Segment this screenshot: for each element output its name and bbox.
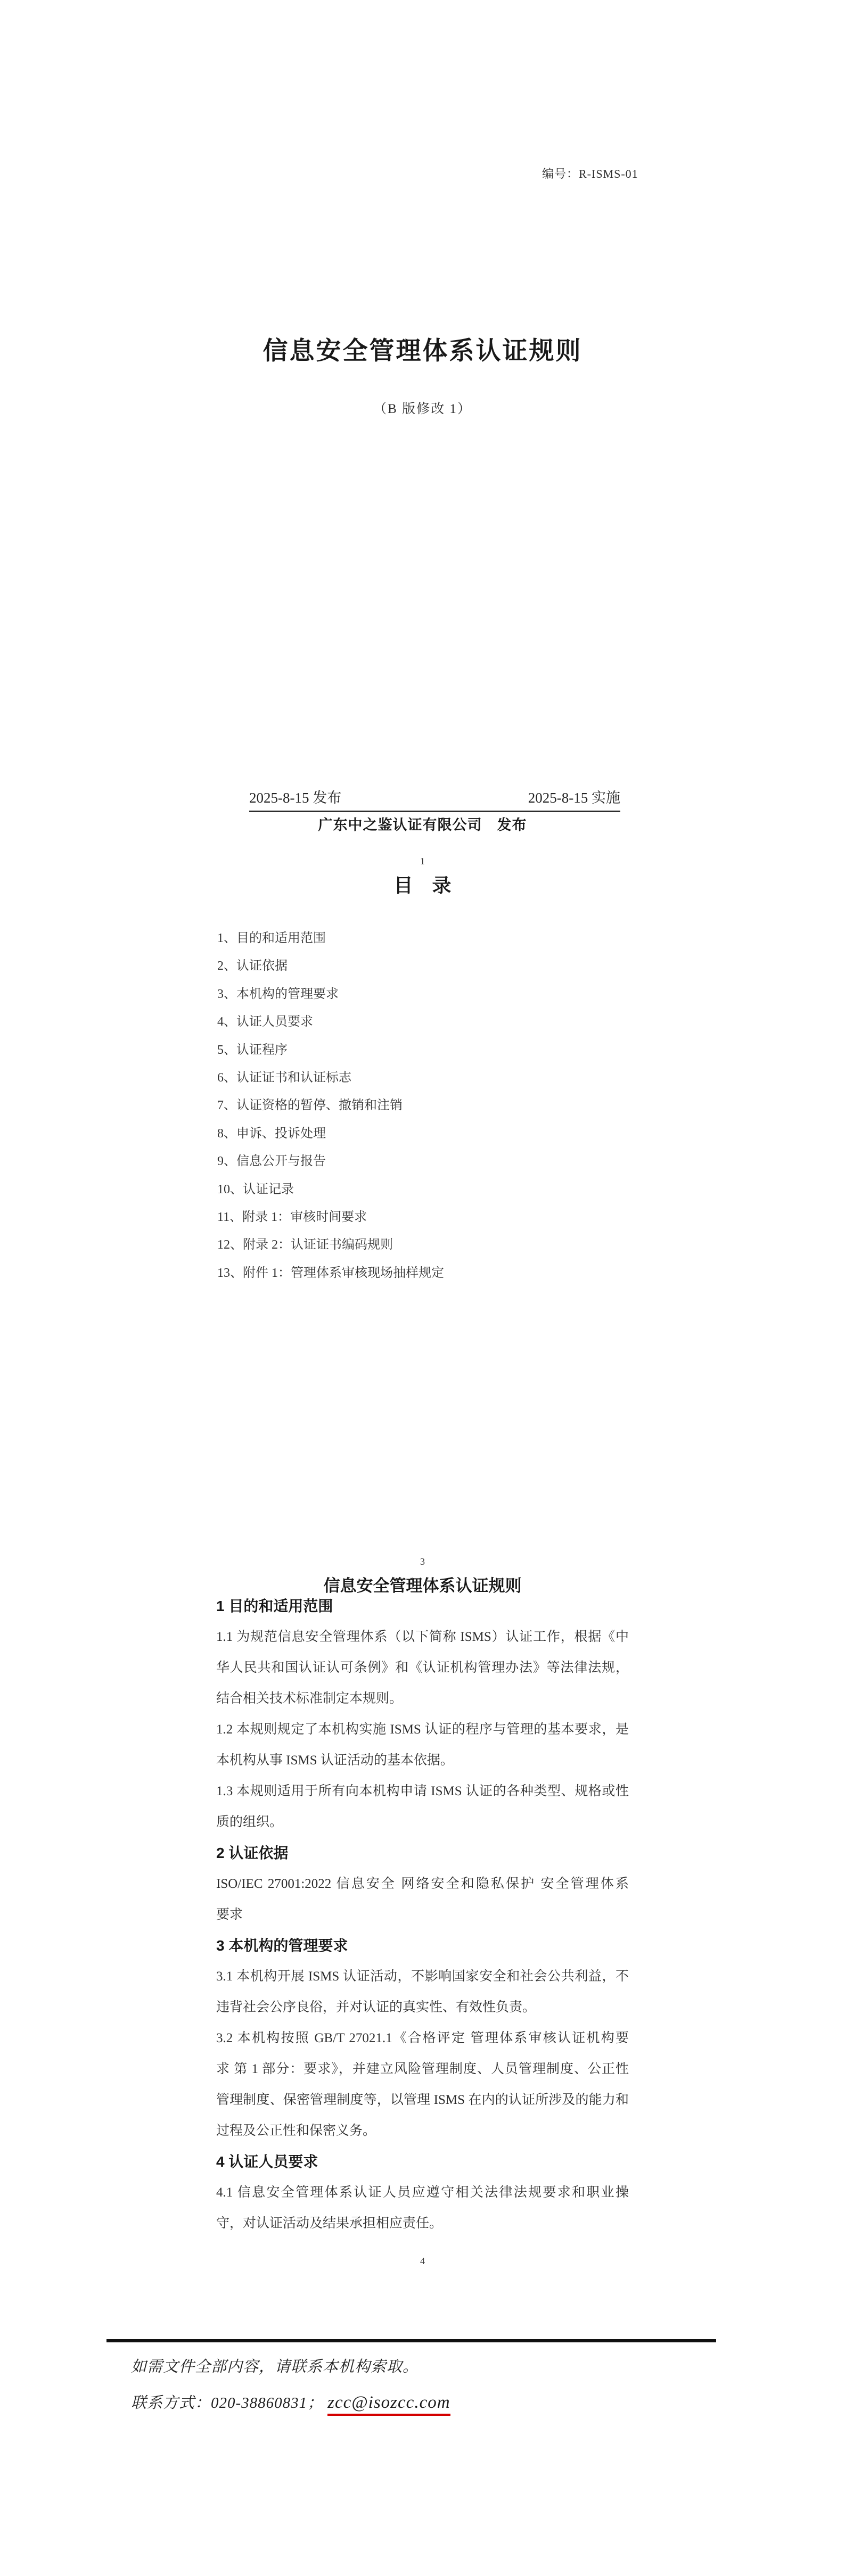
heading-1: 1 目的和适用范围	[216, 1591, 629, 1622]
toc-item: 3、本机构的管理要求	[217, 980, 444, 1008]
body-line: 守，对认证活动及结果承担相应责任。	[216, 2208, 629, 2239]
document-page: 编号：R-ISMS-01 信息安全管理体系认证规则 （B 版修改 1） 2025…	[0, 0, 845, 2576]
date-line: 2025-8-15 发布 2025-8-15 实施	[249, 786, 620, 812]
implementation-date: 2025-8-15 实施	[528, 786, 620, 807]
toc-item: 8、申诉、投诉处理	[217, 1120, 444, 1147]
body-line: 3.2 本机构按照 GB/T 27021.1《合格评定 管理体系审核认证机构要	[216, 2023, 629, 2054]
page-number-1: 1	[0, 856, 845, 867]
body-line: 过程及公正性和保密义务。	[216, 2116, 629, 2146]
toc-item: 1、目的和适用范围	[217, 924, 444, 952]
toc-item: 13、附件 1：管理体系审核现场抽样规定	[217, 1259, 444, 1287]
body-line: 本机构从事 ISMS 认证活动的基本依据。	[216, 1745, 629, 1776]
toc-item: 10、认证记录	[217, 1176, 444, 1203]
body-line: 求 第 1 部分：要求》，并建立风险管理制度、人员管理制度、公正性	[216, 2054, 629, 2085]
cover-subtitle: （B 版修改 1）	[0, 398, 845, 417]
cover-title: 信息安全管理体系认证规则	[0, 331, 845, 367]
toc-item: 7、认证资格的暂停、撤销和注销	[217, 1092, 444, 1119]
footer-divider	[106, 2339, 716, 2342]
publisher-line: 广东中之鉴认证有限公司 发布	[0, 813, 845, 834]
toc-item: 5、认证程序	[217, 1036, 444, 1064]
toc-list: 1、目的和适用范围 2、认证依据 3、本机构的管理要求 4、认证人员要求 5、认…	[217, 924, 444, 1287]
body-line: ISO/IEC 27001:2022 信息安全 网络安全和隐私保护 安全管理体系	[216, 1869, 629, 1900]
footer-note: 如需文件全部内容，请联系本机构索取。	[131, 2355, 419, 2376]
page-number-4: 4	[0, 2256, 845, 2267]
toc-item: 2、认证依据	[217, 952, 444, 980]
body-line: 1.2 本规则规定了本机构实施 ISMS 认证的程序与管理的基本要求，是	[216, 1714, 629, 1745]
page-number-3: 3	[0, 1556, 845, 1567]
toc-item: 9、信息公开与报告	[217, 1147, 444, 1175]
body-line: 1.3 本规则适用于所有向本机构申请 ISMS 认证的各种类型、规格或性	[216, 1776, 629, 1807]
heading-2: 2 认证依据	[216, 1838, 629, 1869]
body-line: 管理制度、保密管理制度等，以管理 ISMS 在内的认证所涉及的能力和	[216, 2085, 629, 2116]
heading-4: 4 认证人员要求	[216, 2146, 629, 2177]
toc-item: 6、认证证书和认证标志	[217, 1064, 444, 1092]
footer-contact: 联系方式：020-38860831；zcc@isozcc.com	[131, 2391, 450, 2413]
body-line: 结合相关技术标准制定本规则。	[216, 1683, 629, 1714]
body-line: 质的组织。	[216, 1807, 629, 1838]
doc-number: 编号：R-ISMS-01	[542, 165, 638, 181]
body-line: 违背社会公序良俗，并对认证的真实性、有效性负责。	[216, 1992, 629, 2023]
heading-3: 3 本机构的管理要求	[216, 1930, 629, 1961]
body-line: 1.1 为规范信息安全管理体系（以下简称 ISMS）认证工作，根据《中	[216, 1622, 629, 1653]
issue-date: 2025-8-15 发布	[249, 786, 341, 807]
body-line: 华人民共和国认证认可条例》和《认证机构管理办法》等法律法规，	[216, 1653, 629, 1683]
toc-item: 4、认证人员要求	[217, 1008, 444, 1036]
body-text: 1 目的和适用范围 1.1 为规范信息安全管理体系（以下简称 ISMS）认证工作…	[216, 1591, 629, 2239]
toc-item: 11、附录 1：审核时间要求	[217, 1203, 444, 1231]
body-line: 4.1 信息安全管理体系认证人员应遵守相关法律法规要求和职业操	[216, 2177, 629, 2208]
contact-phone-text: 联系方式：020-38860831；	[131, 2395, 323, 2412]
body-line: 3.1 本机构开展 ISMS 认证活动，不影响国家安全和社会公共利益，不	[216, 1961, 629, 1992]
body-line: 要求	[216, 1900, 629, 1930]
email-link[interactable]: zcc@isozcc.com	[327, 2393, 450, 2416]
toc-heading: 目 录	[0, 871, 845, 898]
toc-item: 12、附录 2：认证证书编码规则	[217, 1231, 444, 1259]
